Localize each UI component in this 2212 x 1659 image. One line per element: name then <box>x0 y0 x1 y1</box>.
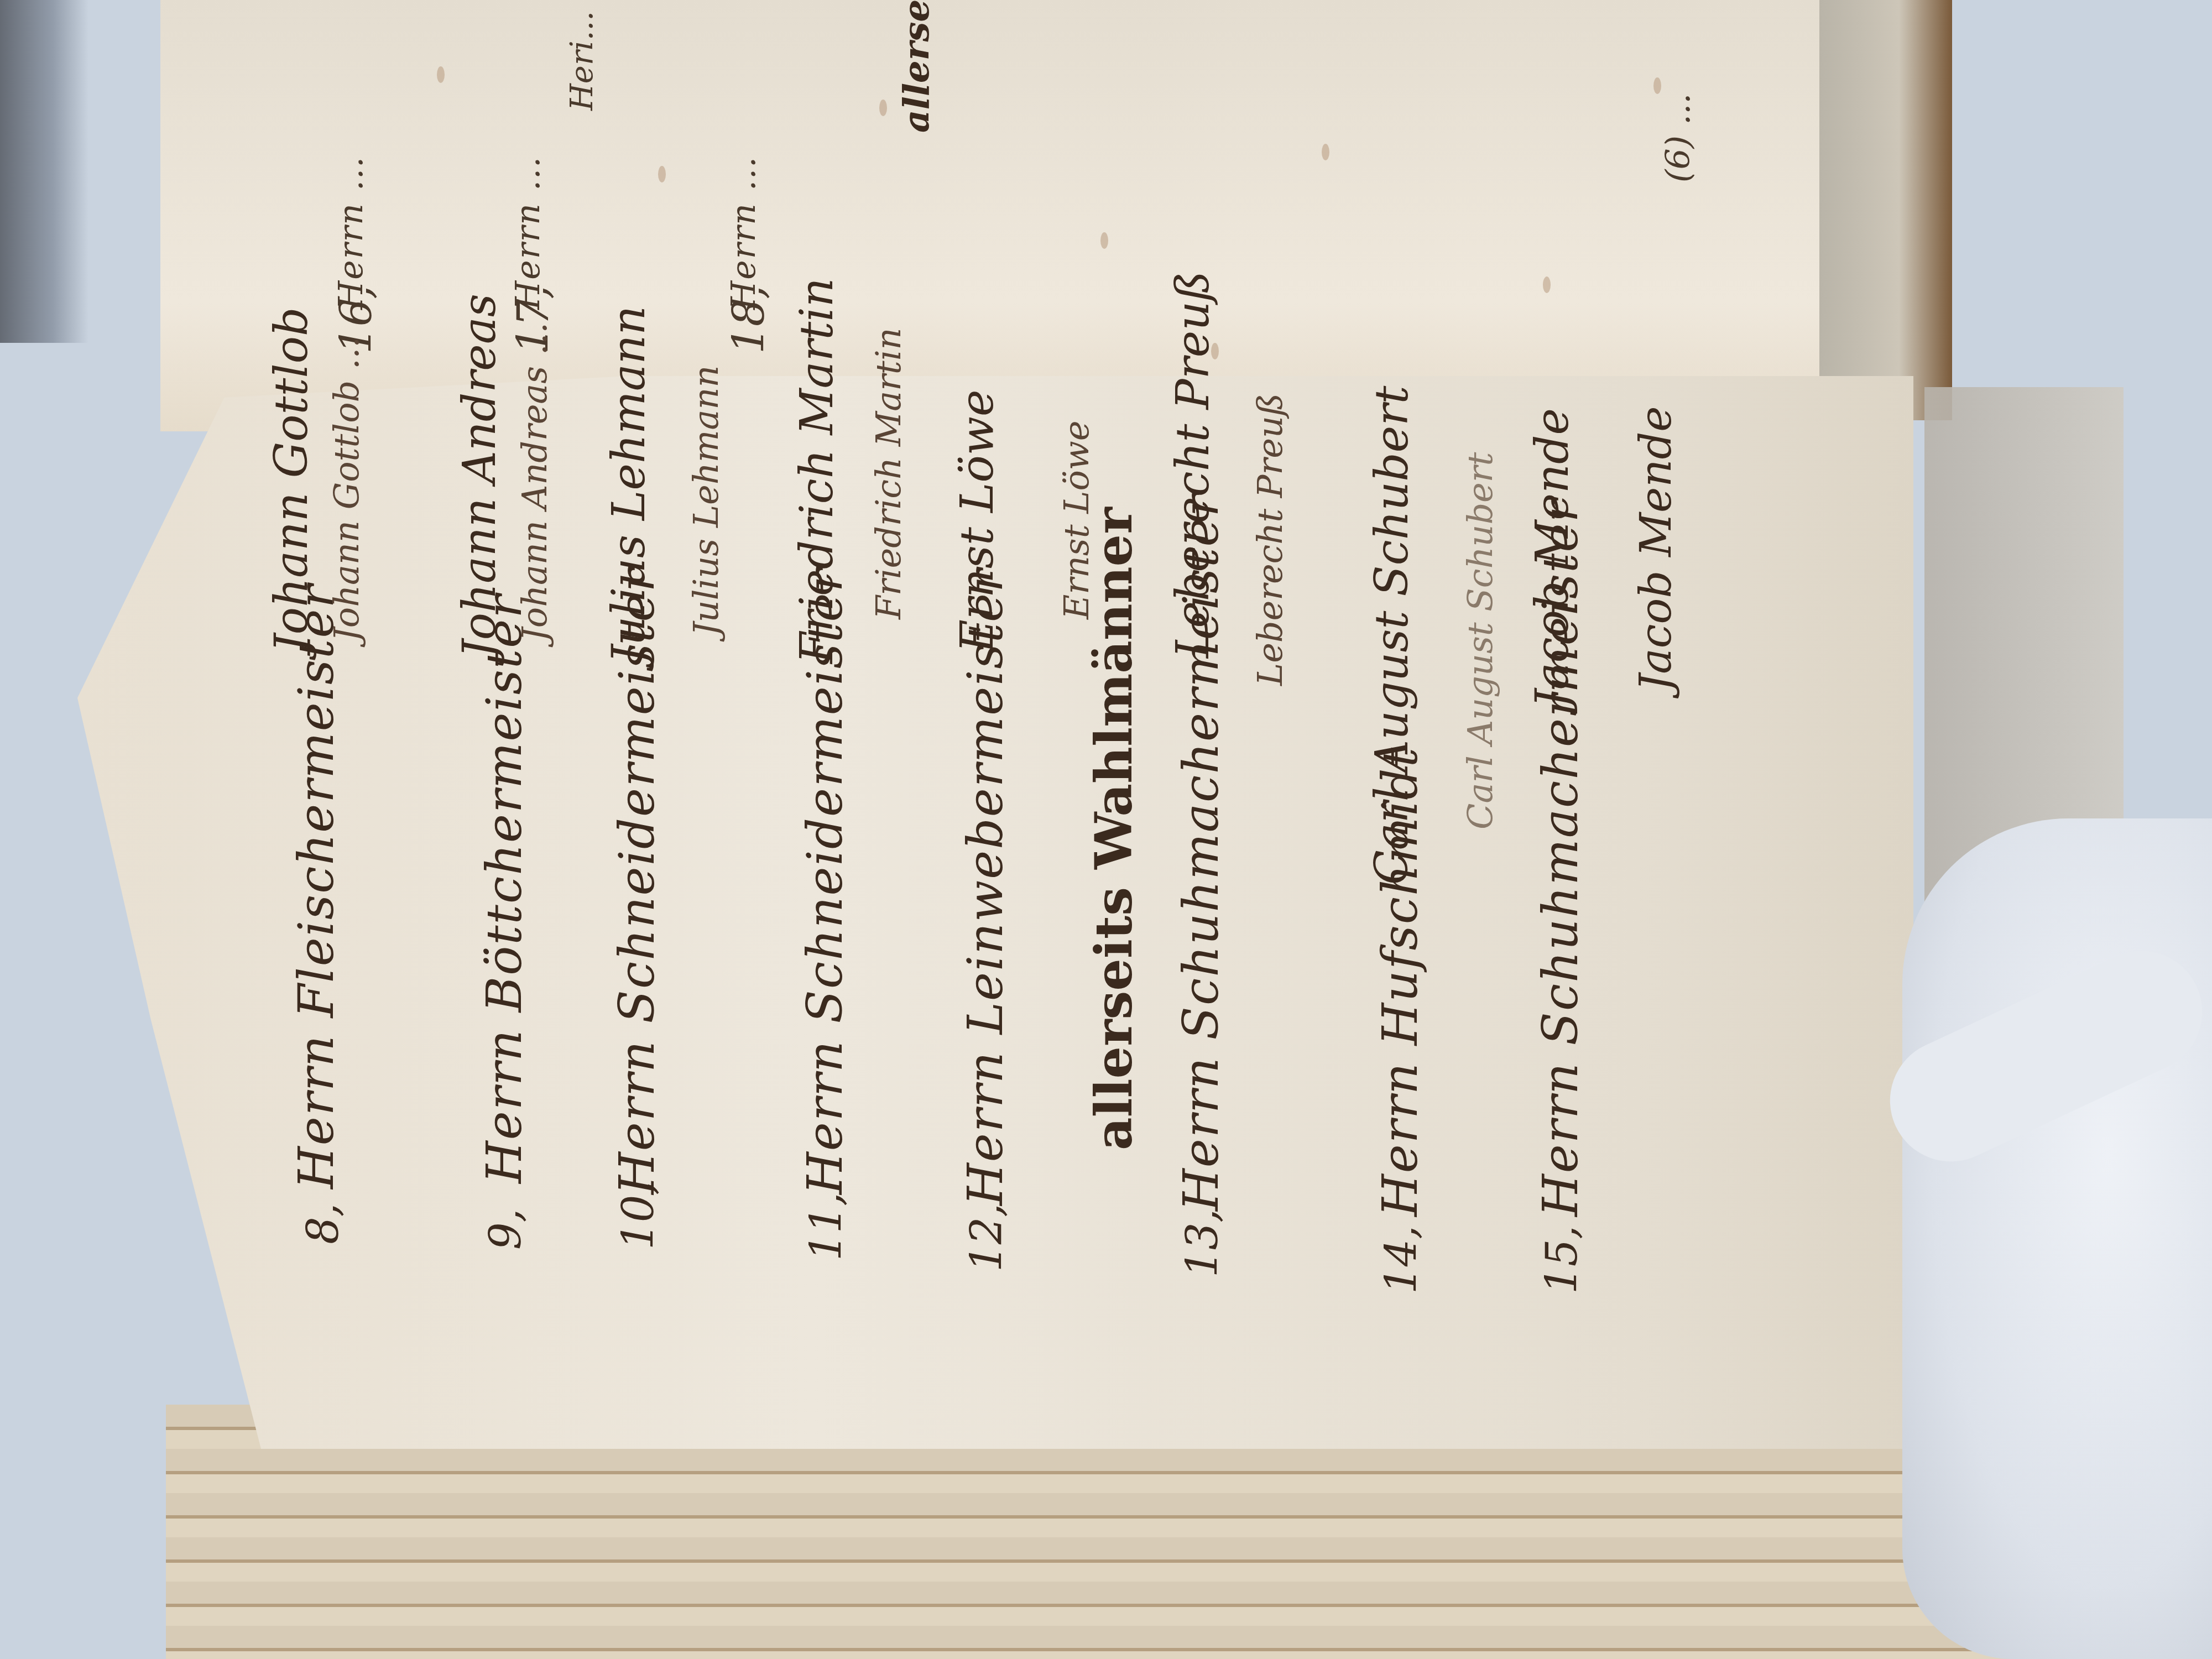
entry-name: Johann Andreas <box>453 294 506 658</box>
entry-signature: Friedrich Martin <box>868 328 909 619</box>
entry-number: 13, <box>1178 1209 1228 1277</box>
entry-number: 11, <box>802 1192 852 1261</box>
entry-signature: Leberecht Preuß <box>1250 393 1290 686</box>
entry-name: Carl August Schubert <box>1366 386 1418 885</box>
dark-background-object <box>0 0 88 343</box>
upper-heading-fragment: allerse... <box>896 0 937 133</box>
white-glove-hand <box>1902 818 2212 1659</box>
entry-number: 8, <box>299 1203 348 1244</box>
section-heading: allerseits Wahlmänner <box>1084 507 1144 1150</box>
upper-entry-second-line: Heri... <box>564 11 600 111</box>
entry-signature: Johann Andreas ... <box>514 322 555 641</box>
entry-name: Jacob Mende <box>1526 408 1579 708</box>
upper-entry-text: Herrn ... <box>724 156 763 310</box>
entry-name: Leberecht Preuß <box>1167 271 1219 658</box>
entry-number: 9, <box>481 1209 531 1250</box>
previous-page <box>160 0 1825 431</box>
book-spine-edge <box>1819 0 1952 420</box>
entry-title: Herrn Fleischermeister <box>288 583 345 1189</box>
entry-title: Herrn Böttchermeister <box>476 594 533 1183</box>
entry-number: 14, <box>1377 1225 1427 1294</box>
entry-number: 15, <box>1537 1225 1587 1294</box>
entry-title: Herrn Leinwebermeister <box>957 568 1014 1206</box>
upper-margin-note: (6) ... <box>1659 93 1698 182</box>
entry-name: Johann Gottlob <box>265 307 318 653</box>
entry-signature: Julius Lehmann <box>686 366 726 636</box>
entry-name: Ernst Löwe <box>951 389 1004 653</box>
upper-entry-text: Herrn ... <box>509 156 547 310</box>
entry-name: Julius Lehmann <box>603 306 655 664</box>
upper-entry-text: Herrn ... <box>332 156 371 310</box>
entry-name: Friedrich Martin <box>791 278 843 664</box>
entry-number: 12, <box>962 1203 1012 1272</box>
entry-signature: Jacob Mende <box>1631 406 1681 692</box>
entry-signature: Johann Gottlob ... <box>326 337 367 641</box>
entry-signature: Carl August Schubert <box>1460 452 1500 830</box>
